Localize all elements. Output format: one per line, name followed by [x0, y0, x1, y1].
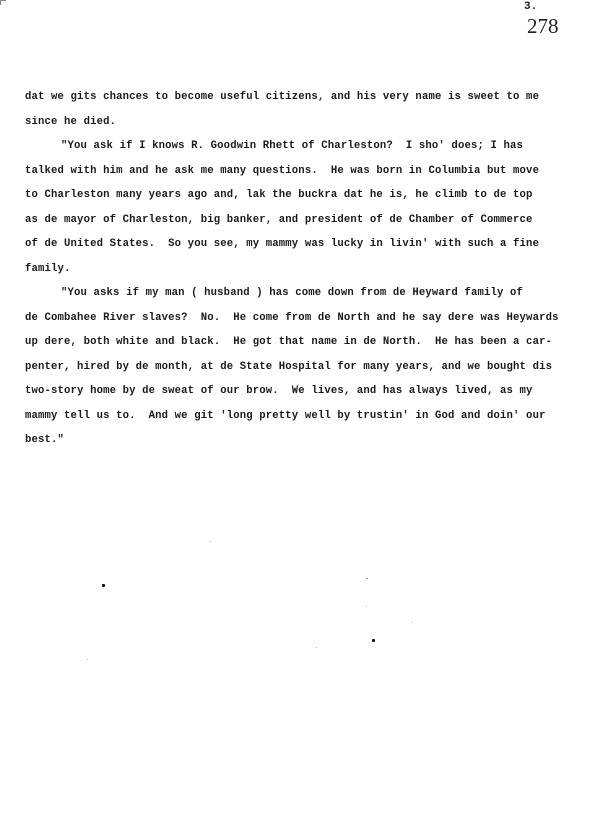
text-line: since he died. [25, 110, 585, 135]
scan-speck [210, 541, 211, 542]
text-line: two-story home by de sweat of our brow. … [25, 379, 585, 404]
paragraph-start-line: "You asks if my man ( husband ) has come… [25, 281, 585, 306]
scan-speck [366, 606, 367, 607]
text-line: de Combahee River slaves? No. He come fr… [25, 306, 585, 331]
text-line: family. [25, 257, 585, 282]
text-line: mammy tell us to. And we git 'long prett… [25, 404, 585, 429]
text-line: best." [25, 428, 585, 453]
text-line: talked with him and he ask me many quest… [25, 159, 585, 184]
document-page: 3. 278 dat we gits chances to become use… [0, 0, 600, 815]
paragraph-start-line: "You ask if I knows R. Goodwin Rhett of … [25, 134, 585, 159]
text-line: as de mayor of Charleston, big banker, a… [25, 208, 585, 233]
corner-mark [0, 0, 6, 5]
text-line: to Charleston many years ago and, lak th… [25, 183, 585, 208]
scan-speck [366, 578, 368, 579]
scan-speck [372, 639, 375, 642]
text-line: dat we gits chances to become useful cit… [25, 85, 585, 110]
body-text: dat we gits chances to become useful cit… [25, 85, 585, 453]
scan-speck [102, 584, 105, 587]
scan-speck [412, 622, 413, 623]
typed-page-number: 3. [524, 1, 537, 13]
text-line: up dere, both white and black. He got th… [25, 330, 585, 355]
stamped-page-number: 278 [527, 14, 559, 39]
scan-speck [316, 647, 317, 648]
scan-speck [87, 659, 88, 660]
text-line: penter, hired by de month, at de State H… [25, 355, 585, 380]
text-line: of de United States. So you see, my mamm… [25, 232, 585, 257]
